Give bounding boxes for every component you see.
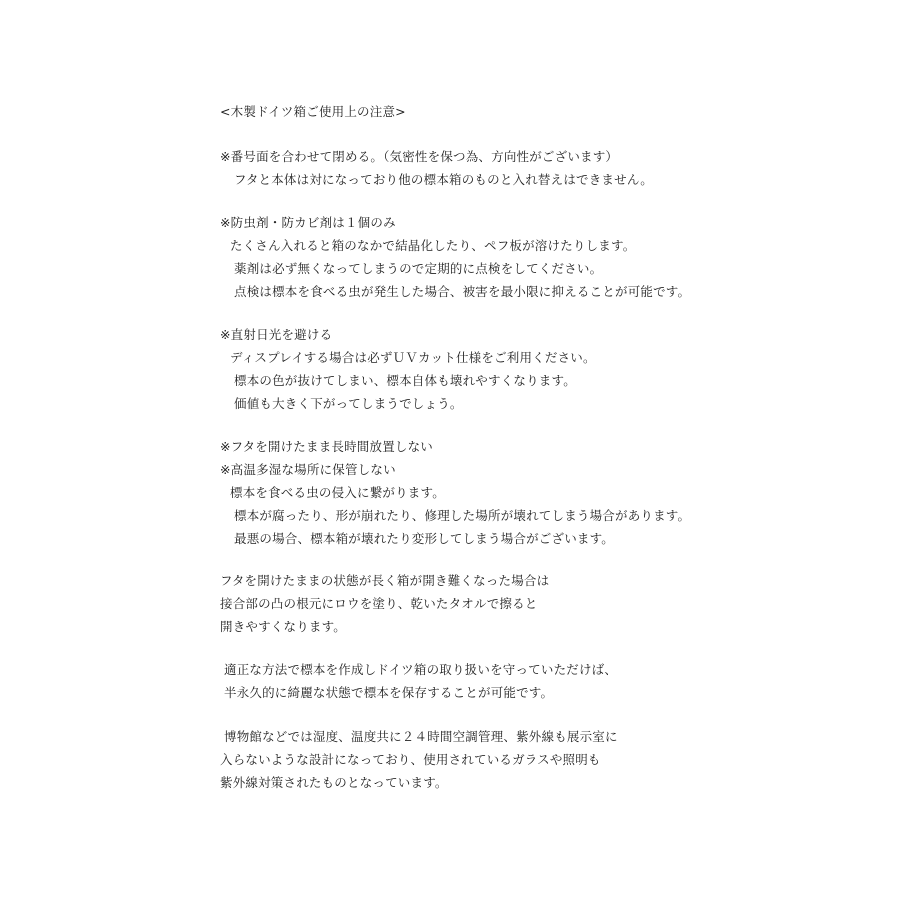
paragraph-text: 入らないような設計になっており、使用されているガラスや照明も: [220, 752, 601, 768]
section-text: 薬剤は必ず無くなってしまうので定期的に点検をしてください。: [234, 261, 602, 277]
section-heading: ※高温多湿な場所に保管しない: [220, 462, 396, 478]
section-text: 最悪の場合、標本箱が壊れたり変形してしまう場合がございます。: [234, 531, 614, 547]
section-text: 標本の色が抜けてしまい、標本自体も壊れやすくなります。: [234, 373, 576, 389]
paragraph-text: 半永久的に綺麗な状態で標本を保存することが可能です。: [224, 685, 553, 701]
section-heading: ※直射日光を避ける: [220, 327, 332, 343]
section-heading: ※番号面を合わせて閉める。（気密性を保つ為、方向性がございます）: [220, 149, 618, 165]
paragraph-text: 開きやすくなります。: [220, 619, 346, 635]
section-heading: ※防虫剤・防カビ剤は１個のみ: [220, 215, 396, 231]
paragraph-text: 接合部の凸の根元にロウを塗り、乾いたタオルで擦ると: [220, 596, 538, 612]
section-text: 価値も大きく下がってしまうでしょう。: [234, 396, 463, 412]
section-text: 点検は標本を食べる虫が発生した場合、被害を最小限に抑えることが可能です。: [234, 284, 690, 300]
section-text: たくさん入れると箱のなかで結晶化したり、ペフ板が溶けたりします。: [230, 238, 635, 254]
notice-document: <木製ドイツ箱ご使用上の注意> ※番号面を合わせて閉める。（気密性を保つ為、方向…: [0, 0, 900, 900]
paragraph-text: フタを開けたままの状態が長く箱が開き難くなった場合は: [220, 573, 549, 589]
paragraph-text: 適正な方法で標本を作成しドイツ箱の取り扱いを守っていただけば、: [224, 662, 617, 678]
section-text: フタと本体は対になっており他の標本箱のものと入れ替えはできません。: [234, 172, 653, 188]
section-text: 標本を食べる虫の侵入に繋がります。: [230, 485, 445, 501]
section-heading: ※フタを開けたまま長時間放置しない: [220, 439, 433, 455]
document-title: <木製ドイツ箱ご使用上の注意>: [220, 104, 406, 120]
paragraph-text: 紫外線対策されたものとなっています。: [220, 775, 448, 791]
section-text: ディスプレイする場合は必ずＵＶカット仕様をご利用ください。: [230, 350, 596, 366]
paragraph-text: 博物館などでは湿度、温度共に２４時間空調管理、紫外線も展示室に: [224, 729, 618, 745]
section-text: 標本が腐ったり、形が崩れたり、修理した場所が壊れてしまう場合があります。: [234, 508, 690, 524]
